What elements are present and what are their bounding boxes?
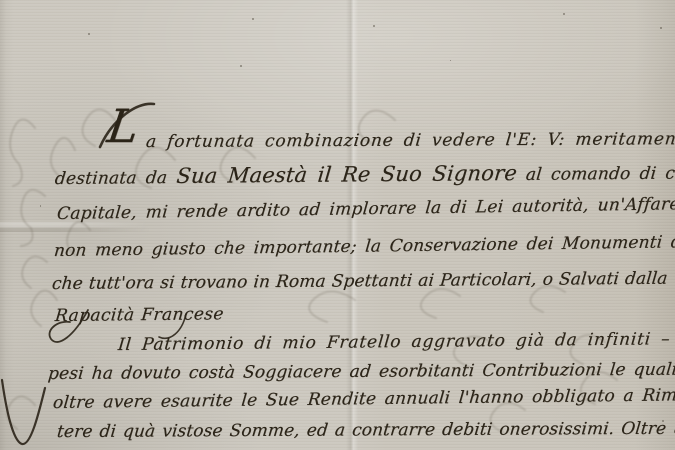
manuscript-line-2: destinata da Sua Maestà il Re Suo Signor… [54, 159, 675, 191]
manuscript-line-6: Rapacità Francese [54, 302, 225, 328]
manuscript-line-1: a fortunata combinazione di vedere l'E: … [145, 127, 675, 154]
line-2-post: al comando di codesta [516, 163, 675, 185]
manuscript-line-3: Capitale, mi rende ardito ad implorare l… [56, 192, 675, 226]
line-1-text: a fortunata combinazione di vedere l'E: … [145, 129, 675, 152]
line-2-royal-title: Sua Maestà il Re Suo Signore [175, 161, 518, 188]
manuscript-line-9: oltre avere esaurite le Sue Rendite annu… [52, 383, 675, 415]
manuscript-photo: L a fortunata combinazione di vedere l'E… [0, 0, 675, 450]
line-2-pre: destinata da [54, 168, 177, 189]
manuscript-line-5: che tutt'ora si trovano in Roma Spettant… [51, 267, 669, 296]
line-8-text: pesi ha dovuto costà Soggiacere ad esorb… [47, 359, 675, 384]
line-3-text: Capitale, mi rende ardito ad implorare l… [56, 194, 675, 224]
line-10-text: tere di quà vistose Somme, ed a contrarr… [56, 418, 675, 442]
manuscript-line-8: pesi ha dovuto costà Soggiacere ad esorb… [47, 357, 675, 386]
line-5-text: che tutt'ora si trovano in Roma Spettant… [51, 269, 668, 294]
manuscript-line-4: non meno giusto che importante; la Conse… [53, 230, 675, 263]
manuscript-line-7: Il Patrimonio di mio Fratello aggravato … [117, 327, 672, 357]
line-9-text: oltre avere esaurite le Sue Rendite annu… [52, 385, 675, 413]
line-4-text: non meno giusto che importante; la Conse… [53, 232, 675, 261]
line-7-text: Il Patrimonio di mio Fratello aggravato … [117, 329, 671, 355]
manuscript-line-10: tere di quà vistose Somme, ed a contrarr… [56, 416, 675, 444]
line-6-text: Rapacità Francese [54, 304, 225, 326]
dropcap-letter: L [105, 103, 142, 149]
